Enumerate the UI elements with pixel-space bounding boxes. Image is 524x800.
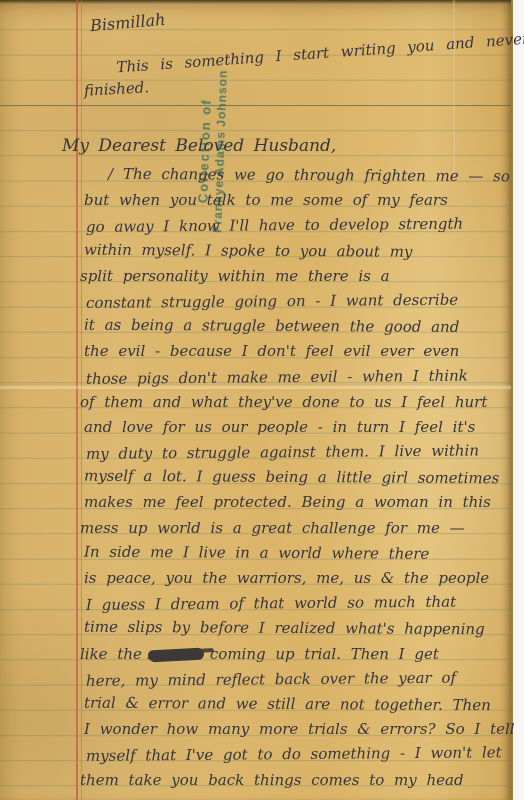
- letter-line-text: like the: [80, 645, 142, 663]
- letter-line-text: The changes we go through frighten me — …: [123, 165, 510, 185]
- letter-line: mess up world is a great challenge for m…: [80, 516, 516, 541]
- letter-line: but when you talk to me some of my fears: [84, 188, 520, 213]
- letter-line: my duty to struggle against them. I live…: [86, 438, 522, 467]
- letter-line: split personality within me there is a: [80, 264, 516, 289]
- letter-line: makes me feel protected. Being a woman i…: [84, 490, 520, 515]
- letter-line: I guess I dream of that world so much th…: [86, 589, 522, 618]
- letter-line: here, my mind reflect back over the year…: [86, 665, 522, 694]
- letter-line: it as being a struggle between the good …: [84, 313, 520, 341]
- letter-line-text: coming up trial. Then I get: [210, 645, 439, 663]
- letter-line: the evil - because I don't feel evil eve…: [84, 339, 520, 364]
- letter-line: trial & error and we still are not toget…: [84, 691, 520, 719]
- scribbled-out-word: [148, 647, 205, 662]
- scanned-letter-page: Collection of Frankye Adams Johnson Bism…: [0, 0, 524, 800]
- letter-line-with-scribble: like thecoming up trial. Then I get: [80, 642, 516, 667]
- letter-line: those pigs don't make me evil - when I t…: [86, 363, 522, 392]
- letter-line: myself that I've got to do something - I…: [86, 740, 522, 769]
- letter-line: go away I know I'll have to develop stre…: [86, 211, 522, 240]
- salutation: My Dearest Beloved Husband,: [62, 136, 336, 156]
- letter-line: and love for us our people - in turn I f…: [84, 415, 520, 440]
- letter-line: within myself. I spoke to you about my: [84, 237, 520, 265]
- letter-line: time slips by before I realized what's h…: [84, 615, 520, 643]
- opening-note-line-2: finished.: [84, 78, 150, 99]
- letter-line: constant struggle going on - I want desc…: [86, 287, 522, 316]
- letter-body: /The changes we go through frighten me —…: [84, 163, 520, 793]
- paragraph-mark: /: [108, 165, 113, 183]
- letter-line: I wonder how many more trials & errors? …: [84, 717, 520, 742]
- letter-line: of them and what they've done to us I fe…: [80, 390, 516, 415]
- letter-line: is peace, you the warriors, me, us & the…: [84, 566, 520, 591]
- vertical-fold-crease: [452, 0, 456, 180]
- letter-line: myself a lot. I guess being a little gir…: [84, 464, 520, 492]
- letter-line: them take you back things comes to my he…: [80, 768, 516, 793]
- letter-line: In side me I live in a world where there: [84, 539, 520, 567]
- red-margin-line: [76, 0, 78, 800]
- letter-line: /The changes we go through frighten me —…: [84, 162, 520, 190]
